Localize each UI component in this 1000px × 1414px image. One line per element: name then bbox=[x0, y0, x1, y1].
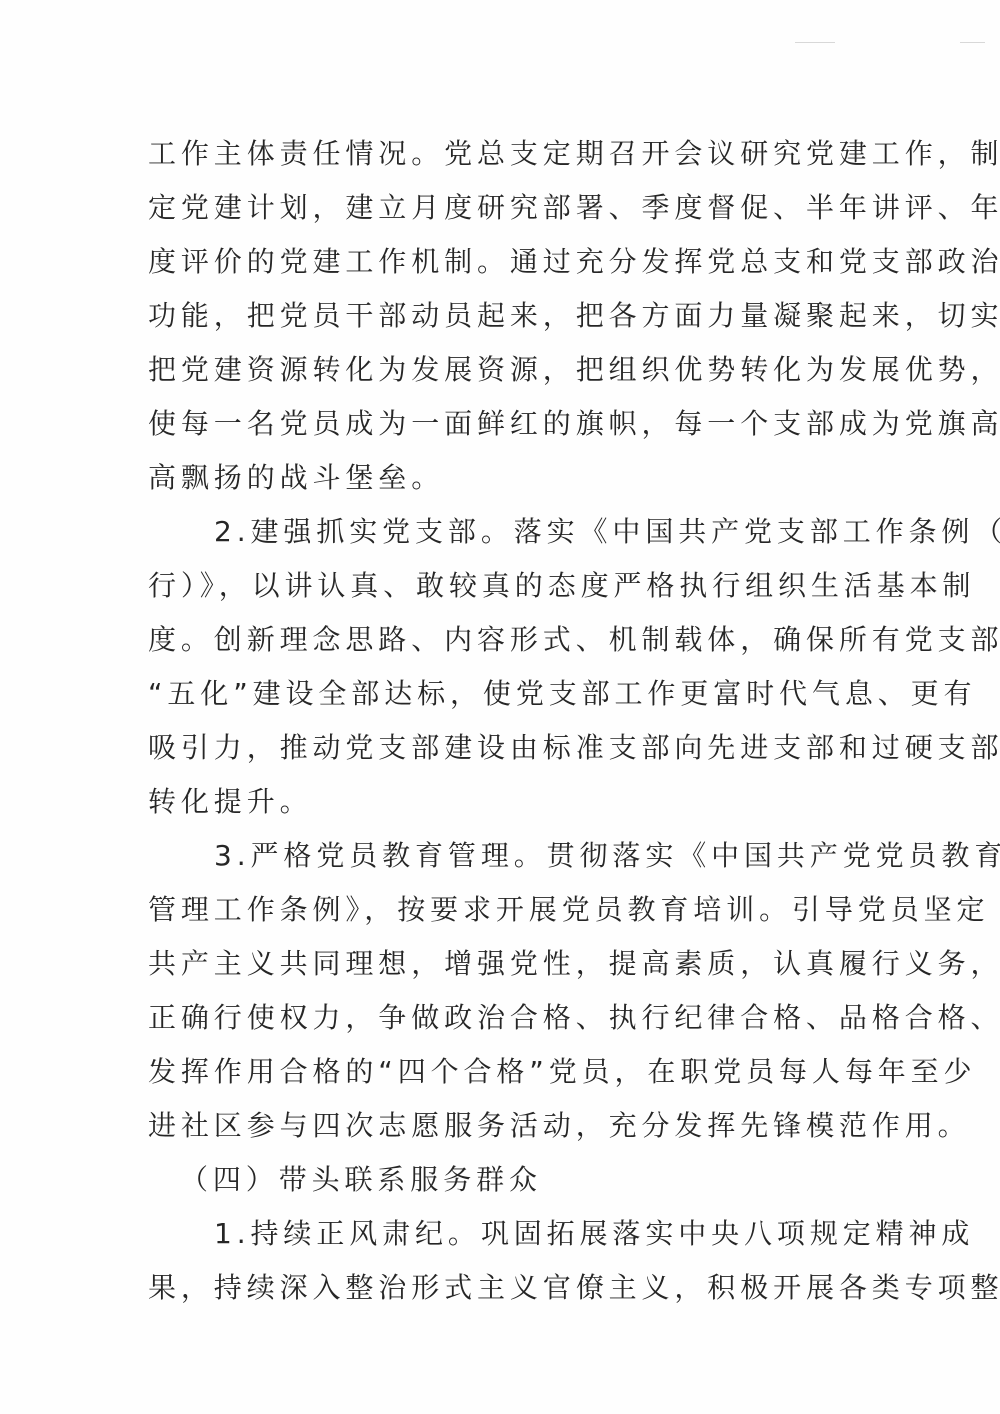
text-line: 高飘扬的战斗堡垒。 bbox=[148, 458, 848, 498]
text-line: 共产主义共同理想，增强党性，提高素质，认真履行义务， bbox=[148, 944, 848, 984]
text-line: 正确行使权力，争做政治合格、执行纪律合格、品格合格、 bbox=[148, 998, 848, 1038]
scan-artifact-mark bbox=[795, 42, 835, 43]
text-line: 行）》，以讲认真、敢较真的态度严格执行组织生活基本制 bbox=[148, 566, 848, 606]
text-line: 发挥作用合格的“四个合格”党员，在职党员每人每年至少 bbox=[148, 1052, 848, 1092]
text-line: “五化”建设全部达标，使党支部工作更富时代气息、更有 bbox=[148, 674, 848, 714]
paragraph-start-line: 2.建强抓实党支部。落实《中国共产党支部工作条例（试 bbox=[214, 512, 914, 552]
text-line: 进社区参与四次志愿服务活动，充分发挥先锋模范作用。 bbox=[148, 1106, 848, 1146]
text-line: 度。创新理念思路、内容形式、机制载体，确保所有党支部 bbox=[148, 620, 848, 660]
document-page: 工作主体责任情况。党总支定期召开会议研究党建工作，制 定党建计划，建立月度研究部… bbox=[0, 0, 1000, 1414]
text-line: 定党建计划，建立月度研究部署、季度督促、半年讲评、年 bbox=[148, 188, 848, 228]
text-line: 转化提升。 bbox=[148, 782, 848, 822]
paragraph-start-line: 1.持续正风肃纪。巩固拓展落实中央八项规定精神成 bbox=[214, 1214, 914, 1254]
scan-artifact-mark bbox=[960, 42, 985, 43]
text-line: 工作主体责任情况。党总支定期召开会议研究党建工作，制 bbox=[148, 134, 848, 174]
text-line: 使每一名党员成为一面鲜红的旗帜，每一个支部成为党旗高 bbox=[148, 404, 848, 444]
text-line: 管理工作条例》，按要求开展党员教育培训。引导党员坚定 bbox=[148, 890, 848, 930]
text-line: 度评价的党建工作机制。通过充分发挥党总支和党支部政治 bbox=[148, 242, 848, 282]
text-line: 果，持续深入整治形式主义官僚主义，积极开展各类专项整 bbox=[148, 1268, 848, 1308]
text-line: 功能，把党员干部动员起来，把各方面力量凝聚起来，切实 bbox=[148, 296, 848, 336]
paragraph-start-line: 3.严格党员教育管理。贯彻落实《中国共产党党员教育 bbox=[214, 836, 914, 876]
text-line: 把党建资源转化为发展资源，把组织优势转化为发展优势， bbox=[148, 350, 848, 390]
text-line: 吸引力，推动党支部建设由标准支部向先进支部和过硬支部 bbox=[148, 728, 848, 768]
section-heading: （四）带头联系服务群众 bbox=[180, 1160, 880, 1200]
